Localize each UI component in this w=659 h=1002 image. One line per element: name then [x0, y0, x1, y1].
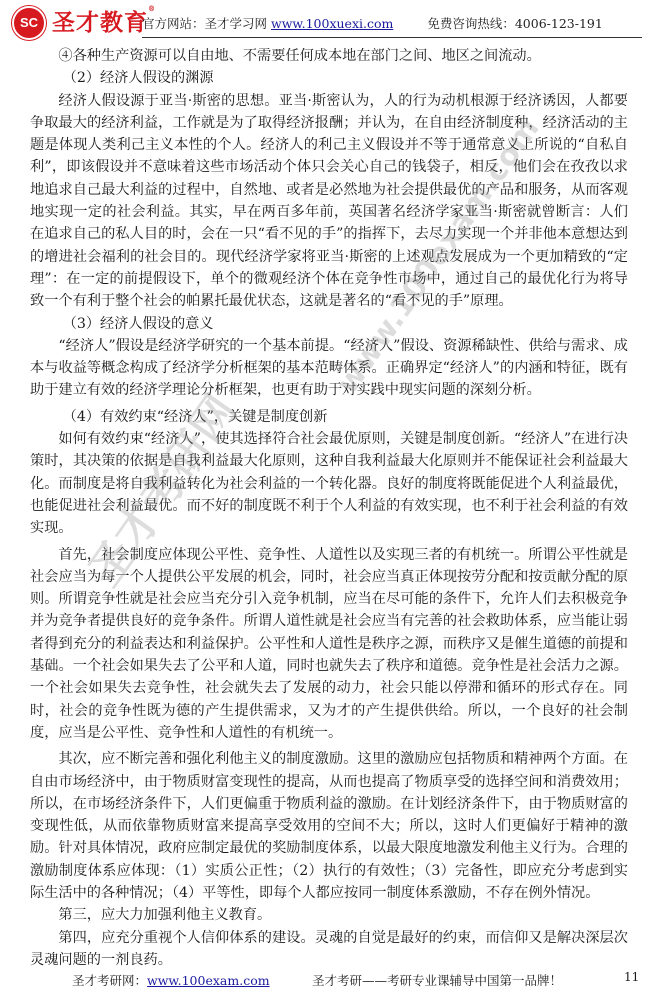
section-heading: （3）经济人假设的意义 — [30, 313, 628, 335]
paragraph: ④各种生产资源可以自由地、不需要任何成本地在部门之间、地区之间流动。 — [30, 45, 628, 67]
footer-slogan: 圣才考研——考研专业课辅导中国第一品牌！ — [312, 971, 562, 989]
paragraph: 首先，社会制度应体现公平性、竞争性、人道性以及实现三者的有机统一。所谓公平性就是… — [30, 544, 628, 745]
document-body: ④各种生产资源可以自由地、不需要任何成本地在部门之间、地区之间流动。 （2）经济… — [30, 45, 628, 971]
footer-site: 圣才考研网：www.100exam.com — [72, 971, 270, 989]
site-link[interactable]: www.100xuexi.com — [271, 16, 393, 31]
page-footer: 圣才考研网：www.100exam.com 圣才考研——考研专业课辅导中国第一品… — [0, 968, 659, 992]
paragraph: 经济人假设源于亚当·斯密的思想。亚当·斯密认为，人的行为动机根源于经济诱因，人都… — [30, 90, 628, 313]
hotline-number: 4006-123-191 — [515, 16, 603, 31]
brand-text: 圣才教育 — [52, 9, 148, 36]
paragraph: 第三，应大力加强利他主义教育。 — [30, 904, 628, 926]
section-heading: （2）经济人假设的渊源 — [30, 67, 628, 89]
header-info: 官方网站：圣才学习网 www.100xuexi.com 免费咨询热线：4006-… — [142, 14, 603, 32]
page-number: 11 — [624, 970, 639, 984]
brand-name: 圣才教育® — [52, 4, 156, 37]
paragraph: 第四，应充分重视个人信仰体系的建设。灵魂的自觉是最好的约束，而信仰又是解决深层次… — [30, 927, 628, 972]
paragraph: 其次，应不断完善和强化利他主义的制度激励。这里的激励应包括物质和精神两个方面。在… — [30, 748, 628, 904]
paragraph: 如何有效约束“经济人”，使其选择符合社会最优原则，关键是制度创新。“经济人”在进… — [30, 428, 628, 539]
section-heading: （4）有效约束“经济人”，关键是制度创新 — [30, 406, 628, 428]
registered-mark: ® — [148, 4, 156, 13]
header-divider — [142, 37, 642, 38]
paragraph: “经济人”假设是经济学研究的一个基本前提。“经济人”假设、资源稀缺性、供给与需求… — [30, 335, 628, 402]
site-label: 官方网站：圣才学习网 — [142, 16, 267, 31]
footer-site-link[interactable]: www.100exam.com — [147, 973, 270, 988]
page-header: SC 圣才教育® 官方网站：圣才学习网 www.100xuexi.com 免费咨… — [12, 4, 642, 38]
sc-logo-icon: SC — [12, 6, 46, 40]
hotline-label: 免费咨询热线： — [427, 16, 515, 31]
footer-site-label: 圣才考研网： — [72, 973, 147, 988]
